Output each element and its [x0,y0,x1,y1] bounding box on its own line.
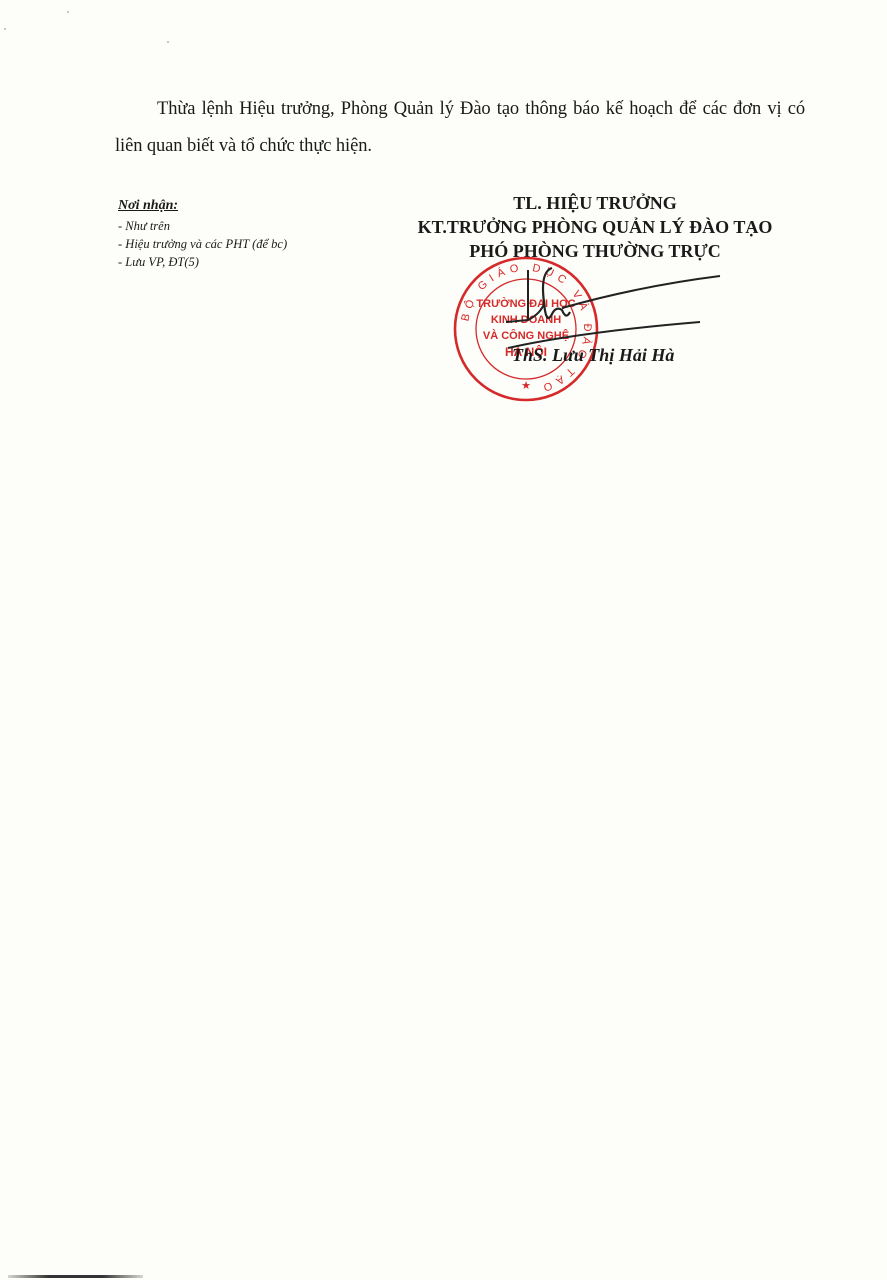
authority-line-2: KT.TRƯỞNG PHÒNG QUẢN LÝ ĐÀO TẠO [380,215,810,239]
scan-speck [167,41,169,43]
document-page: Thừa lệnh Hiệu trưởng, Phòng Quản lý Đào… [0,0,887,1280]
recipients-title: Nơi nhận: [118,197,178,215]
authority-line-1: TL. HIỆU TRƯỞNG [380,191,810,215]
recipient-item: - Như trên [118,217,287,235]
recipient-item: - Lưu VP, ĐT(5) [118,253,287,271]
scan-speck [4,28,6,30]
page-edge-rule [8,1275,143,1278]
recipients-section: Nơi nhận: - Như trên - Hiệu trưởng và cá… [118,196,287,271]
stamp-star-icon: ★ [521,380,531,392]
recipient-item: - Hiệu trưởng và các PHT (để bc) [118,235,287,253]
signer-name: ThS. Lưu Thị Hải Hà [512,345,674,366]
body-paragraph: Thừa lệnh Hiệu trưởng, Phòng Quản lý Đào… [115,91,805,165]
scan-speck [67,11,69,13]
signature-block: TL. HIỆU TRƯỞNG KT.TRƯỞNG PHÒNG QUẢN LÝ … [380,191,810,263]
recipients-list: - Như trên - Hiệu trưởng và các PHT (để … [118,217,287,271]
handwritten-signature-icon [500,262,740,352]
